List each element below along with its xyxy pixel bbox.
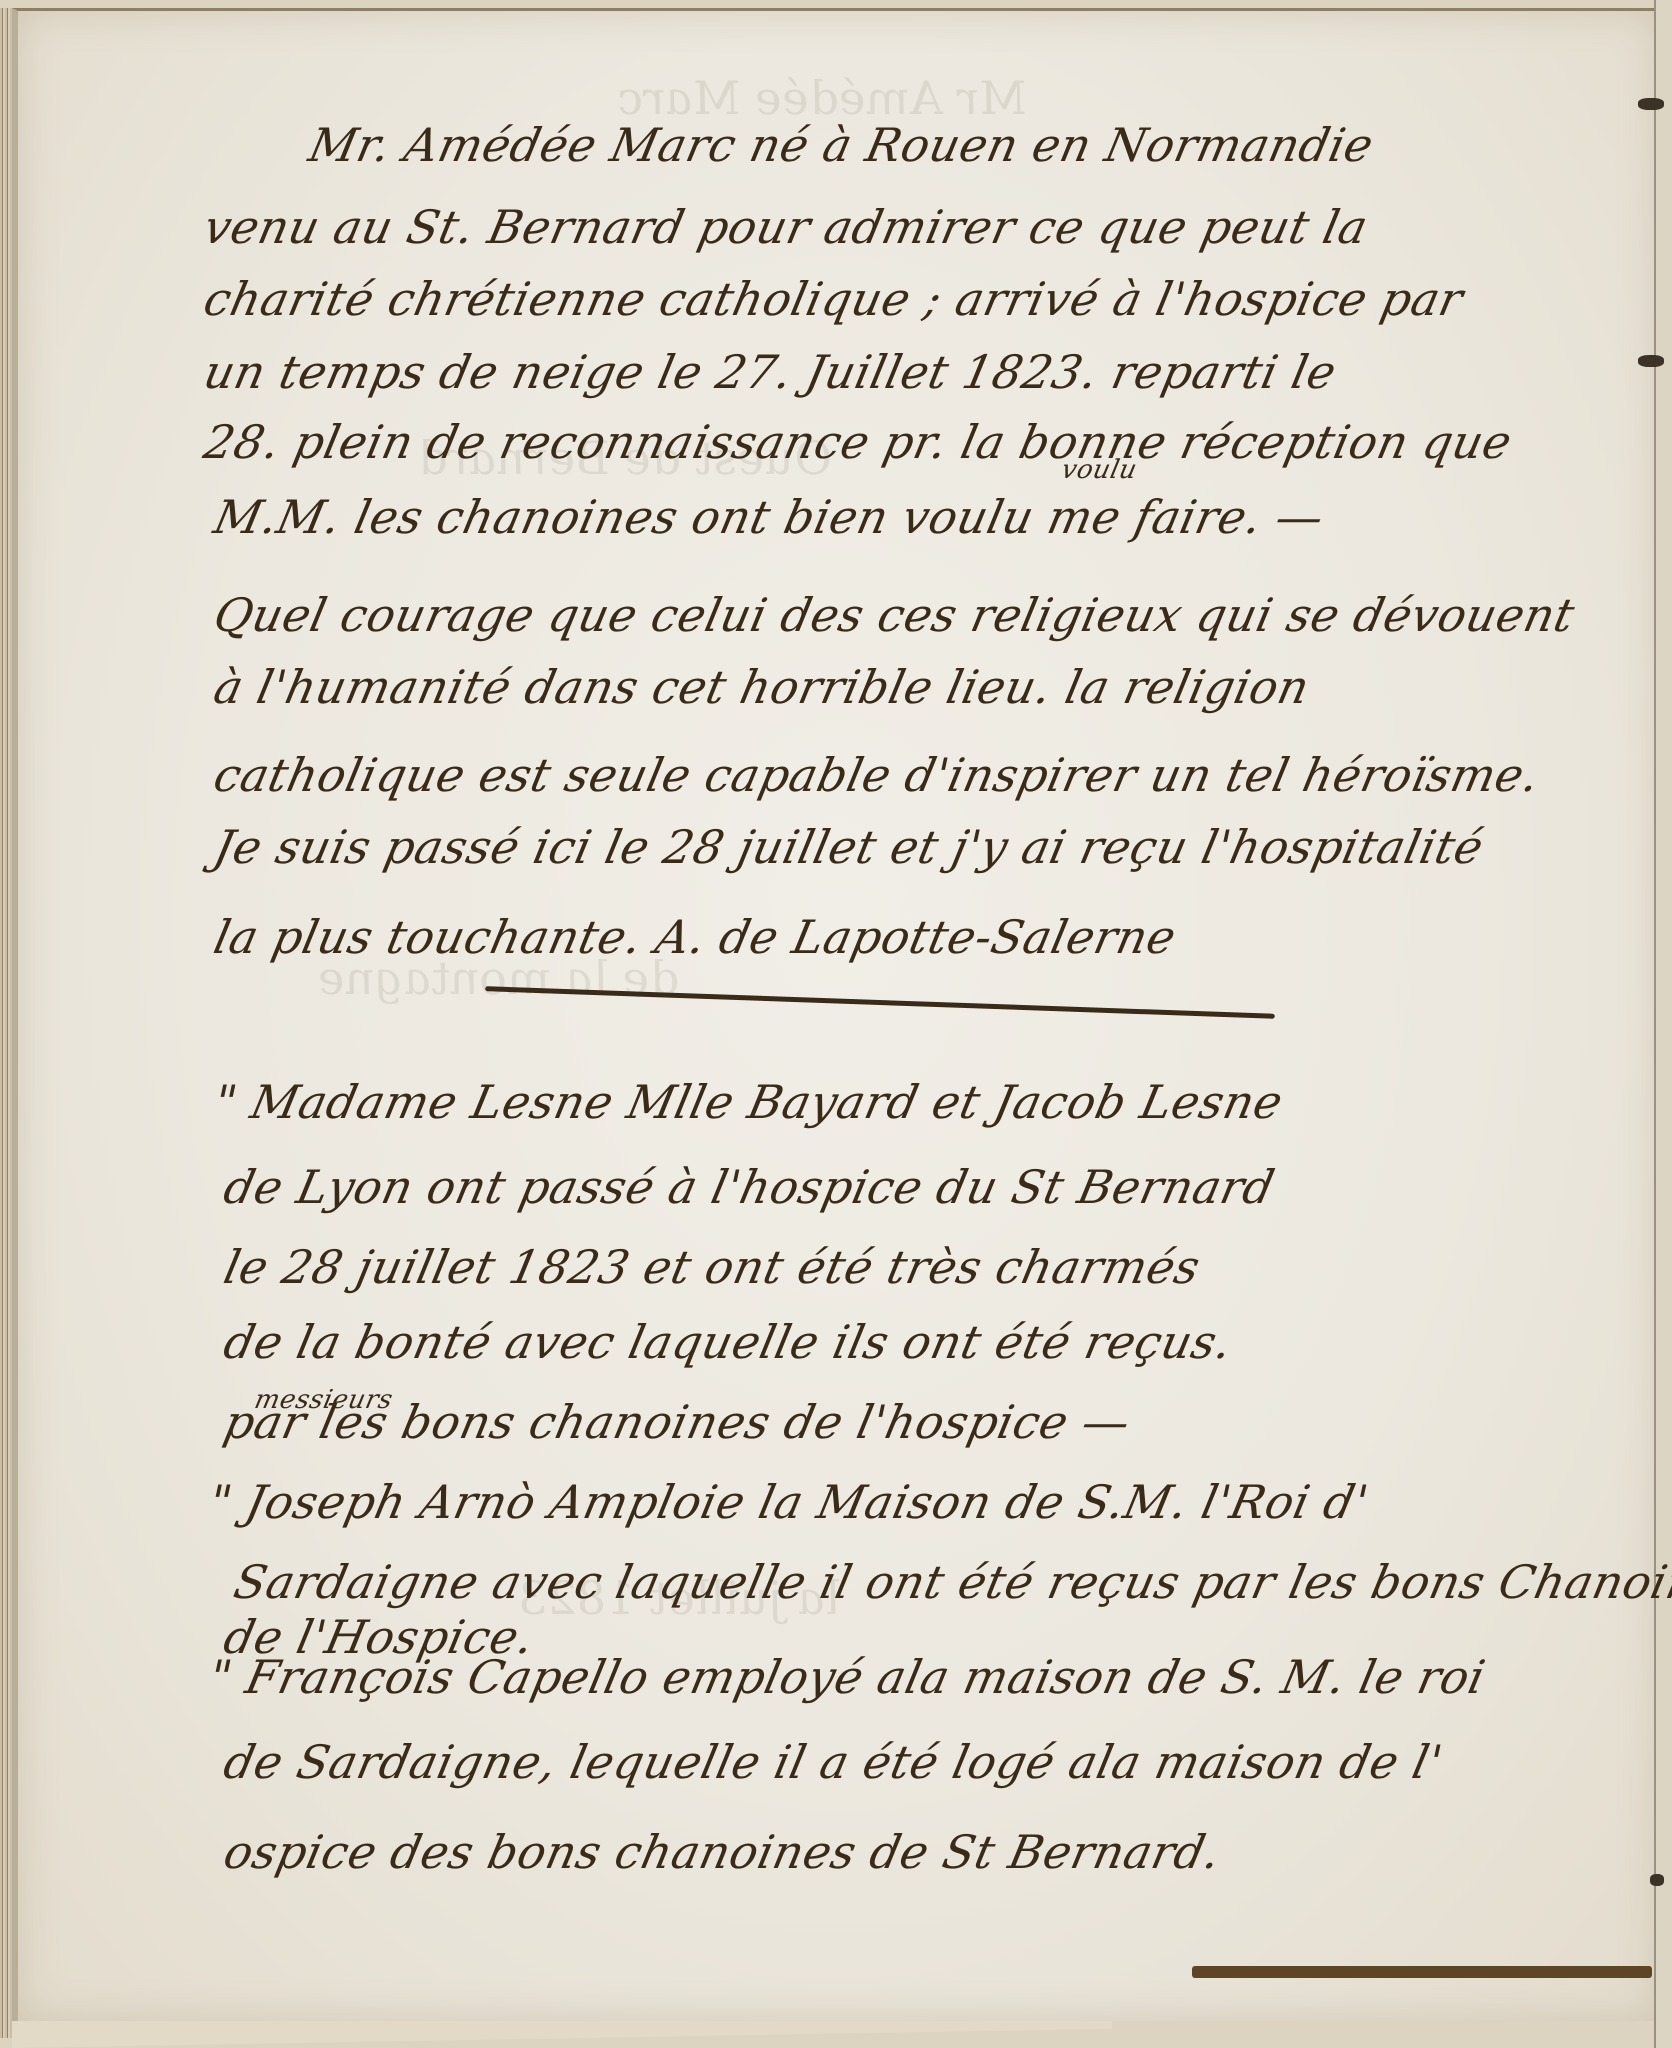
handwritten-line: Mr. Amédée Marc né à Rouen en Normandie <box>304 118 1378 172</box>
handwritten-line: de Sardaigne, lequelle il a été logé ala… <box>219 1735 1447 1789</box>
handwritten-line: de la bonté avec laquelle ils ont été re… <box>219 1315 1237 1369</box>
page-edge-damage <box>1192 1966 1652 1978</box>
handwritten-line: " François Capello employé ala maison de… <box>204 1650 1490 1704</box>
handwritten-line: " Madame Lesne Mlle Bayard et Jacob Lesn… <box>209 1075 1287 1129</box>
handwritten-line: Sardaigne avec laquelle il ont été reçus… <box>229 1555 1672 1609</box>
handwritten-line: la plus touchante. A. de Lapotte-Salerne <box>209 910 1181 964</box>
binding-stitch <box>1638 98 1664 110</box>
handwritten-line: charité chrétienne catholique ; arrivé à… <box>199 272 1468 326</box>
handwritten-line: M.M. les chanoines ont bien voulu me fai… <box>209 490 1329 544</box>
gutter <box>1656 0 1672 2048</box>
handwritten-line: ospice des bons chanoines de St Bernard. <box>219 1825 1225 1879</box>
handwritten-line: Je suis passé ici le 28 juillet et j'y a… <box>209 820 1488 874</box>
handwritten-line: de Lyon ont passé à l'hospice du St Bern… <box>219 1160 1279 1214</box>
handwritten-line: par les bons chanoines de l'hospice — <box>219 1395 1135 1449</box>
binding-stitch <box>1638 355 1664 367</box>
handwritten-line: venu au St. Bernard pour admirer ce que … <box>199 200 1373 254</box>
interlinear-insertion: voulu <box>1059 455 1140 485</box>
binding-line <box>1654 0 1656 2048</box>
handwritten-line: à l'humanité dans cet horrible lieu. la … <box>209 660 1314 714</box>
handwritten-line: le 28 juillet 1823 et ont été très charm… <box>219 1240 1205 1294</box>
handwritten-line: Quel courage que celui des ces religieux… <box>209 588 1579 642</box>
handwritten-line: 28. plein de reconnaissance pr. la bonne… <box>199 415 1517 469</box>
handwritten-line: un temps de neige le 27. Juillet 1823. r… <box>199 345 1341 399</box>
binding-stitch <box>1650 1874 1664 1886</box>
handwritten-line: catholique est seule capable d'inspirer … <box>209 748 1544 802</box>
bleed-through-text: Mr Amédée Marc <box>613 71 1031 125</box>
handwritten-line: " Joseph Arnò Amploie la Maison de S.M. … <box>204 1475 1373 1529</box>
